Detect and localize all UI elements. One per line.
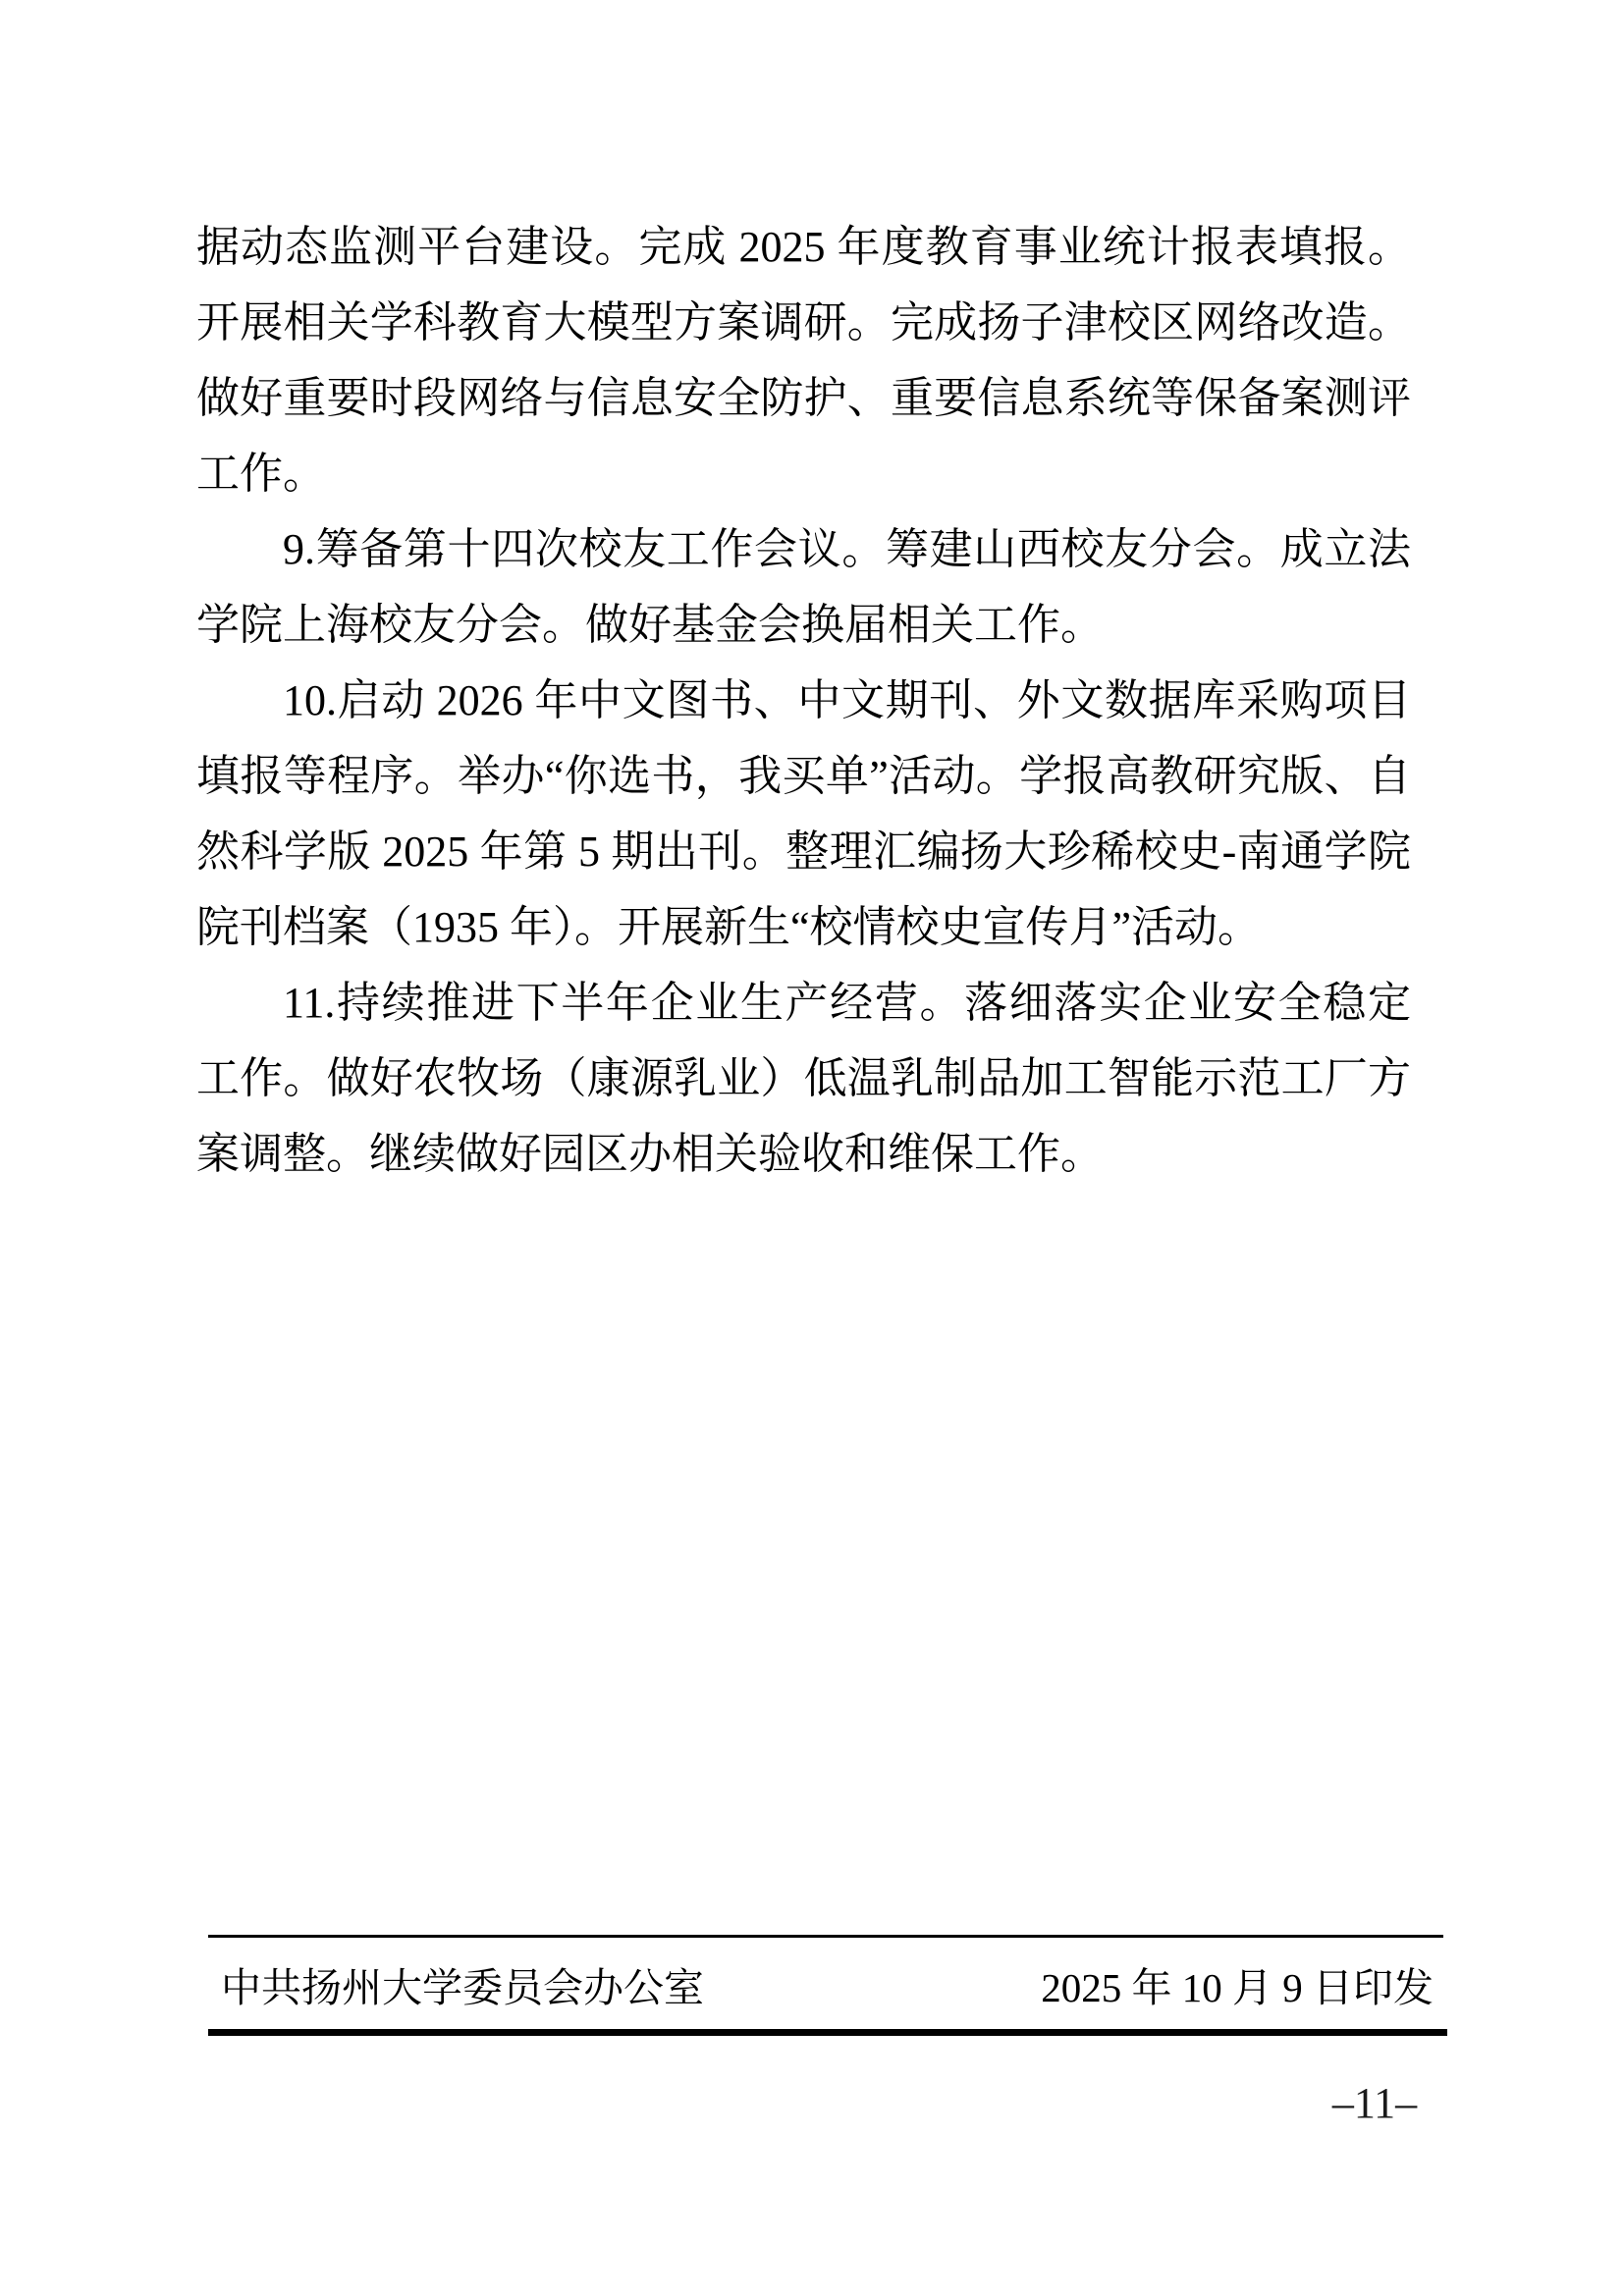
footer-issuer: 中共扬州大学委员会办公室 [221,1961,704,2014]
page-number: –11– [1286,2079,1463,2128]
footer-row: 中共扬州大学委员会办公室 2025 年 10 月 9 日印发 [221,1961,1434,2014]
document-body: 据动态监测平台建设。完成 2025 年度教育事业统计报表填报。开展相关学科教育大… [196,209,1411,1192]
footer-print-date: 2025 年 10 月 9 日印发 [1041,1961,1434,2014]
document-page: 据动态监测平台建设。完成 2025 年度教育事业统计报表填报。开展相关学科教育大… [0,0,1624,2296]
paragraph-item-10: 10.启动 2026 年中文图书、中文期刊、外文数据库采购项目填报等程序。举办“… [196,663,1411,965]
paragraph-item-9: 9.筹备第十四次校友工作会议。筹建山西校友分会。成立法学院上海校友分会。做好基金… [196,511,1411,663]
footer-divider-bottom [208,2029,1447,2036]
paragraph-continuation: 据动态监测平台建设。完成 2025 年度教育事业统计报表填报。开展相关学科教育大… [196,209,1411,511]
paragraph-item-11: 11.持续推进下半年企业生产经营。落细落实企业安全稳定工作。做好农牧场（康源乳业… [196,965,1411,1192]
footer-divider-top [208,1935,1443,1938]
